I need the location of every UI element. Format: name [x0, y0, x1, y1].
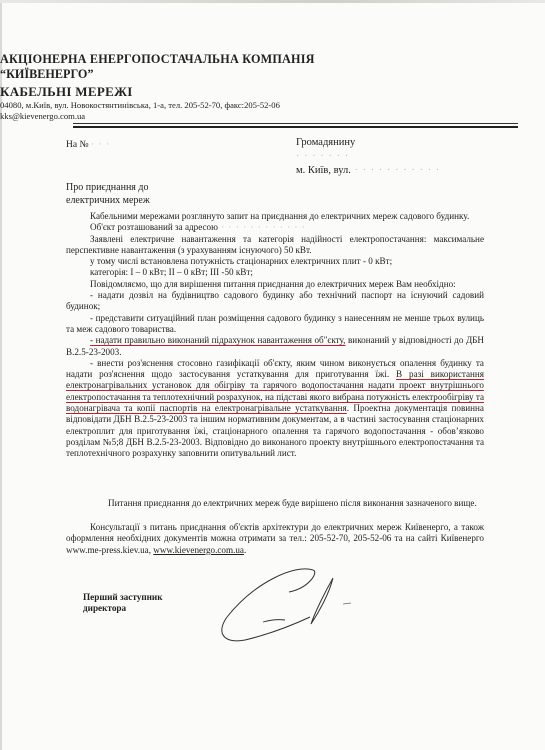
closing-paragraph: Питання приєднання до електричних мереж …: [66, 498, 484, 509]
signatory-title: Перший заступник директора: [83, 592, 163, 614]
department-name: КАБЕЛЬНІ МЕРЕЖІ: [0, 84, 545, 100]
consultation-text: Консультації з питань приєднання об'єкті…: [66, 522, 484, 543]
me-press-link[interactable]: www.me-press.kiev.ua: [66, 545, 149, 555]
paragraph-stove-power: у тому числі встановлена потужність стац…: [66, 256, 484, 267]
recipient-address-prefix: м. Київ, вул.: [296, 165, 351, 176]
letterhead-divider-thick: [73, 126, 518, 128]
reference-number: На № · · ·: [66, 140, 110, 150]
paragraph-requirements-intro: Повідомляємо, що для вирішення питання п…: [66, 279, 484, 290]
signatory-line2: директора: [83, 603, 163, 614]
company-name-line2: “КИЇВЕНЕРГО”: [0, 67, 545, 82]
handwritten-signature: [215, 562, 365, 657]
recipient-address: м. Київ, вул. · · · · · · · · · · ·: [296, 164, 440, 178]
company-email: kks@kievenergo.com.ua: [0, 111, 545, 121]
paragraph-declared-load: Заявлені електричне навантаження та кате…: [66, 234, 484, 257]
reference-label: На №: [66, 140, 89, 150]
requirement-permit: - надати дозвіл на будівництво садового …: [66, 290, 484, 313]
requirement-load-calculation: - надати правильно виконаний підрахунок …: [66, 335, 484, 358]
recipient-block: Громадянину · · · · · · · м. Київ, вул. …: [296, 136, 440, 178]
highlighted-load-calculation: - надати правильно виконаний підрахунок …: [90, 335, 345, 345]
recipient-salutation: Громадянину: [296, 136, 440, 150]
paragraph-category: категорія: I – 0 кВт; II – 0 кВт; III -5…: [66, 267, 484, 278]
recipient-name-redacted: · · · · · · ·: [296, 150, 440, 164]
scanned-letter: АКЦІОНЕРНА ЕНЕРГОПОСТАЧАЛЬНА КОМПАНІЯ “К…: [0, 0, 545, 750]
signatory-line1: Перший заступник: [83, 592, 163, 603]
letter-subject: Про приєднання до електричних мереж: [66, 181, 150, 207]
sentence-end: .: [244, 545, 246, 555]
subject-line2: електричних мереж: [66, 194, 150, 207]
requirement-site-plan: - представити ситуаційний план розміщенн…: [66, 313, 484, 336]
object-address-redacted: · · · · · · · · · · · ·: [218, 222, 306, 232]
paragraph-object-address: Об'єкт розташований за адресою · · · · ·…: [66, 222, 484, 233]
paragraph-request: Кабельними мережами розглянуто запит на …: [66, 211, 484, 222]
kievenergo-link[interactable]: www.kievenergo.com.ua: [153, 545, 244, 555]
subject-line1: Про приєднання до: [66, 181, 150, 194]
requirement-gasification: - внести роз'яснення стосовно газифікаці…: [66, 358, 484, 460]
reference-redacted: · · ·: [91, 140, 110, 150]
object-address-label: Об'єкт розташований за адресою: [90, 222, 218, 232]
letter-body: Кабельними мережами розглянуто запит на …: [66, 211, 484, 460]
company-address: 04080, м.Київ, вул. Новокостянтинівська,…: [0, 100, 545, 110]
consultation-paragraph: Консультації з питань приєднання об'єкті…: [66, 522, 484, 556]
scan-top-shadow: [0, 0, 545, 3]
company-name-line1: АКЦІОНЕРНА ЕНЕРГОПОСТАЧАЛЬНА КОМПАНІЯ: [0, 52, 545, 67]
letterhead-divider-thin: [73, 123, 518, 124]
closing-text: Питання приєднання до електричних мереж …: [66, 498, 484, 509]
recipient-address-redacted: · · · · · · · · · · ·: [351, 165, 440, 176]
consultation-text-block: Консультації з питань приєднання об'єкті…: [66, 522, 484, 556]
